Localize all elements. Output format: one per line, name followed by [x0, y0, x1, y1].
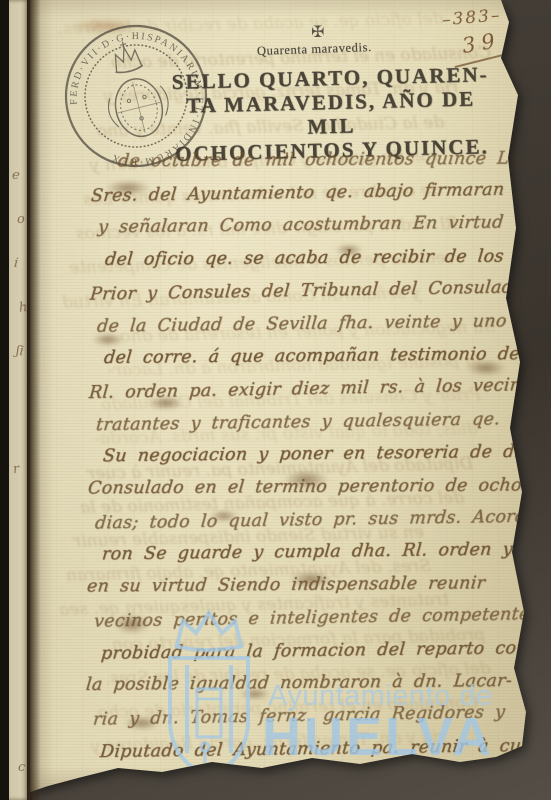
manuscript-line: Prior y Consules del Tribunal del Consul… [89, 277, 525, 304]
manuscript-line: y señalaran Como acostumbran En virtud [97, 213, 504, 238]
manuscript-line: Consulado en el termino perentorio de oc… [87, 475, 523, 498]
manuscript-line: dias; todo lo qual visto pr. sus mrds. A… [94, 506, 544, 533]
manuscript-line: en su virtud Siendo indispensable reunir [86, 573, 486, 596]
document-page: del oficio qe. se acaba de recibir de lo… [30, 0, 551, 800]
photo-edge [0, 0, 9, 800]
margin-fragment: o [16, 212, 25, 228]
manuscript-line: Diputado del Ayuntamiento pa. reunir à c… [99, 735, 541, 761]
manuscript-line: de octubre de mil ochocientos quince Los [117, 149, 530, 172]
margin-fragment: ʃi [15, 344, 24, 360]
manuscript-line: ron Se guarde y cumpla dha. Rl. orden y [101, 540, 514, 565]
manuscript-line: tratantes y traficantes y qualesquiera q… [95, 408, 542, 434]
photo-background: eoihuʃirc del oficio qe. se acaba de rec… [0, 0, 551, 800]
manuscript-line: del corre. á que acompañan testimonio de… [103, 344, 548, 368]
previous-page-edge: eoihuʃirc [9, 0, 30, 800]
manuscript-line: ria y dn. Tomas fernz. garcia Regidores … [92, 702, 506, 730]
manuscript-body: de octubre de mil ochocientos quince Los… [30, 0, 551, 800]
margin-fragment: e [11, 168, 20, 184]
manuscript-line: Sres. del Ayuntamiento qe. abajo firmara… [90, 179, 505, 206]
manuscript-line: probidad para la formacion del reparto c… [100, 638, 529, 664]
margin-fragment: i [13, 256, 19, 271]
manuscript-line: vecinos peritos e inteligentes de compet… [93, 604, 530, 631]
manuscript-line: de la Ciudad de Sevilla fha. veinte y un… [96, 311, 508, 336]
manuscript-line: Rl. orden pa. exigir diez mil rs. à los … [88, 375, 542, 403]
manuscript-line: la posible igualdad nombraron à dn. Laca… [85, 671, 513, 695]
manuscript-line: del oficio qe. se acaba de recibir de lo… [104, 246, 551, 270]
manuscript-line: Su negociacion y poner en tesoreria de d… [102, 442, 543, 467]
margin-fragment: r [12, 462, 20, 478]
margin-fragment: c [17, 760, 26, 776]
